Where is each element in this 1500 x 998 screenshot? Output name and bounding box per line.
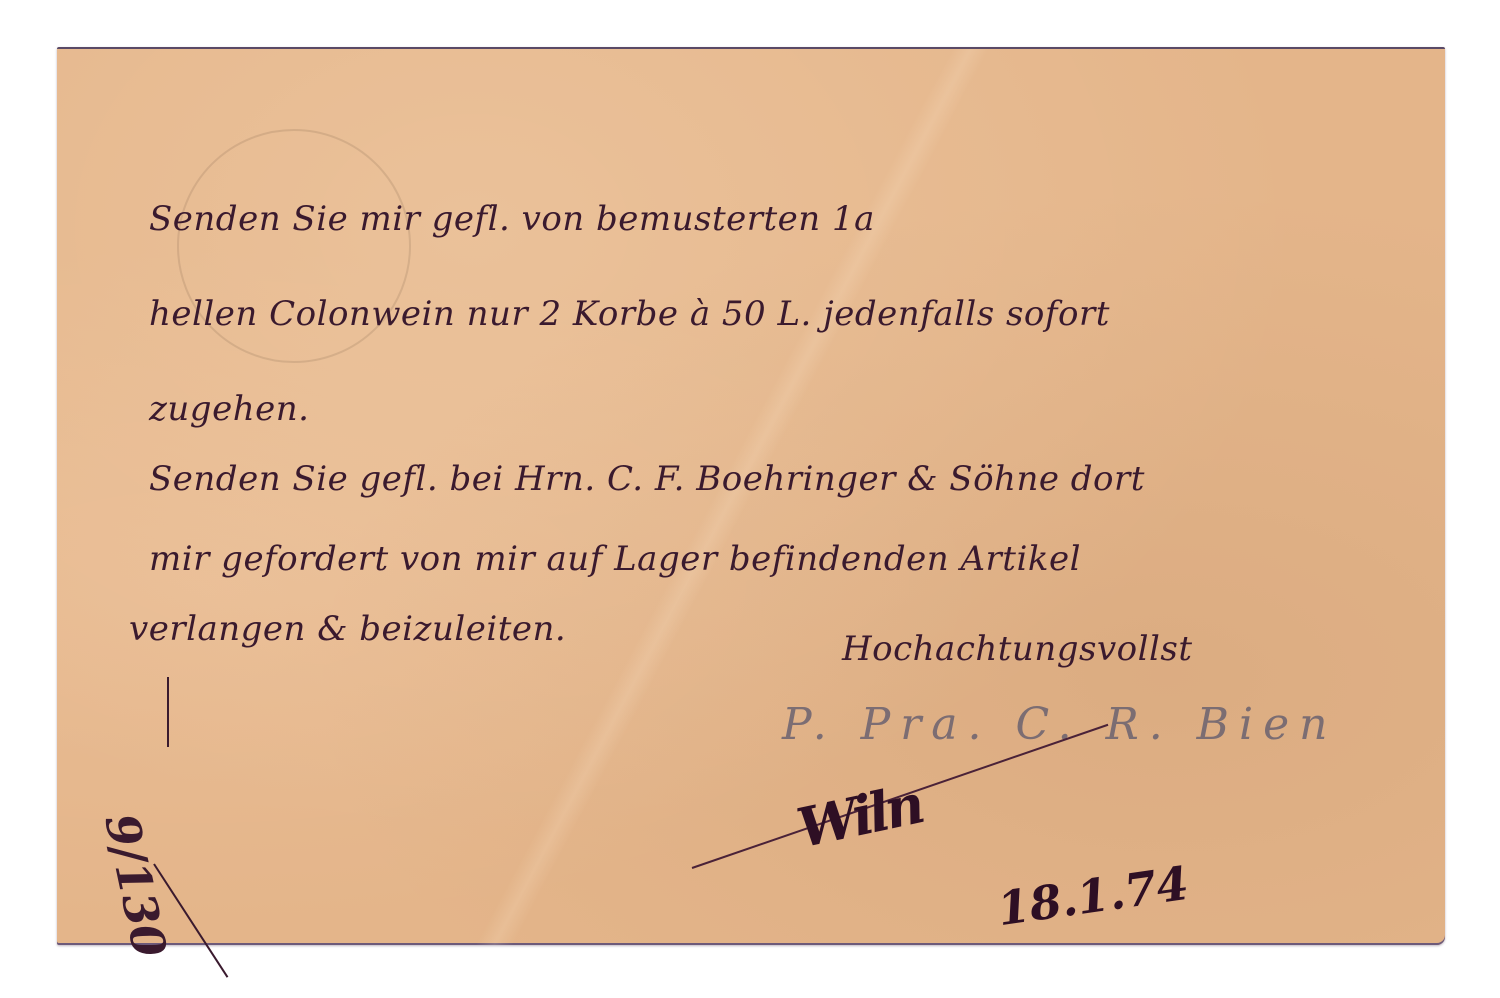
margin-note: 9/130 [94, 809, 177, 962]
body-line-6: verlangen & beizuleiten. [129, 609, 566, 649]
closing-salutation: Hochachtungsvollst [842, 629, 1192, 669]
margin-note-stroke [167, 677, 169, 747]
body-line-4: Senden Sie gefl. bei Hrn. C. F. Boehring… [149, 459, 1145, 499]
signature: Wiln [792, 772, 927, 860]
body-line-5: mir gefordert von mir auf Lager befinden… [149, 539, 1081, 579]
body-line-2: hellen Colonwein nur 2 Korbe à 50 L. jed… [149, 294, 1110, 334]
body-line-3: zugehen. [149, 389, 309, 429]
postcard: Senden Sie mir gefl. von bemusterten 1a … [57, 47, 1445, 945]
date: 18.1.74 [994, 856, 1192, 936]
body-line-1: Senden Sie mir gefl. von bemusterten 1a [149, 199, 875, 239]
